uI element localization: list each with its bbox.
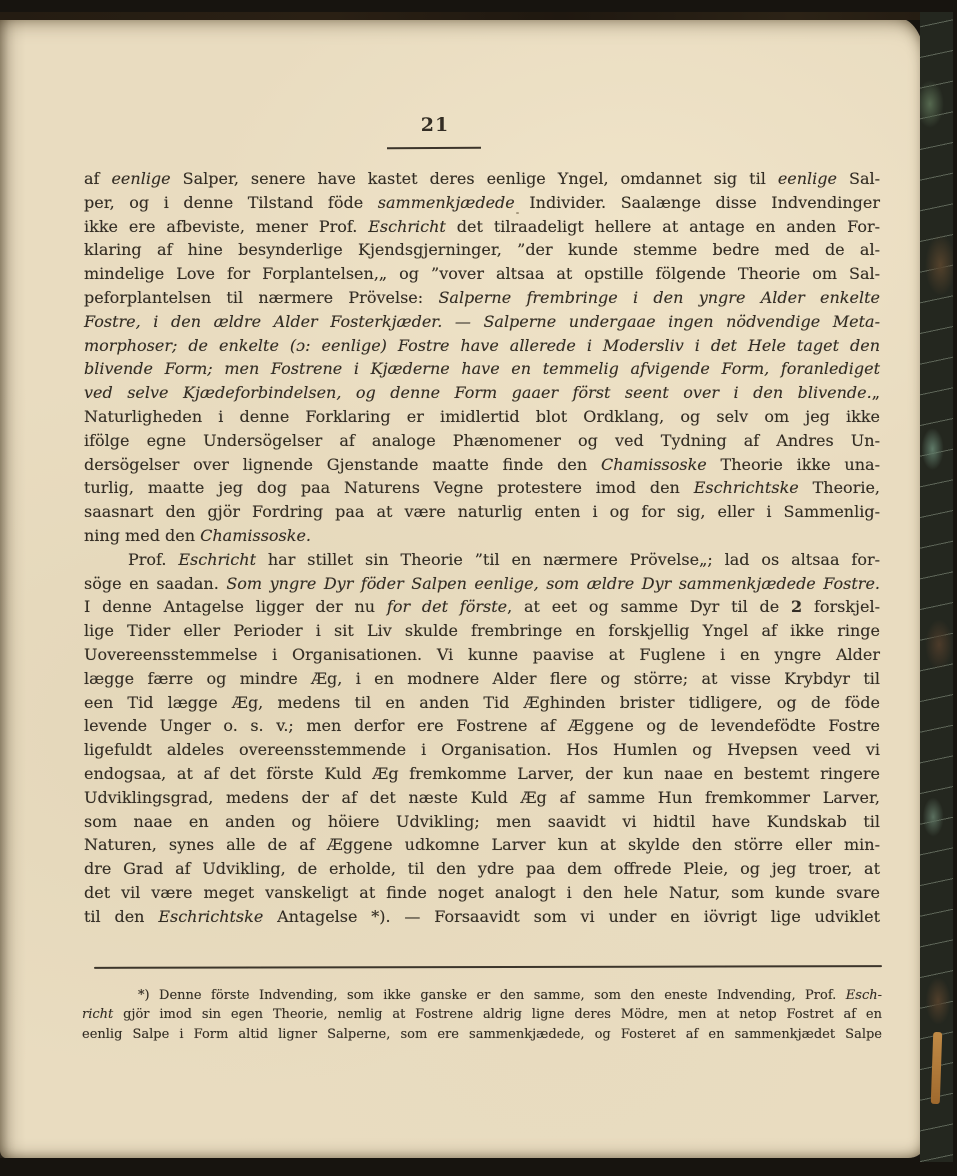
text-line: lægge færre og mindre Æg, i en modnere A… — [84, 667, 880, 691]
text-line: dersögelser over lignende Gjenstande maa… — [84, 453, 880, 477]
text-line: ikke ere afbeviste, mener Prof. Eschrich… — [84, 215, 880, 239]
text-line: ifölge egne Undersögelser af analoge Phæ… — [84, 429, 880, 453]
text-line: mindelige Love for Forplantelsen,„ og ”v… — [84, 262, 880, 286]
text-line: endogsaa, at af det förste Kuld Æg fremk… — [84, 762, 880, 786]
text-line: saasnart den gjör Fordring paa at være n… — [84, 500, 880, 524]
text-line: een Tid lægge Æg, medens til en anden Ti… — [84, 691, 880, 715]
page-number: 21 — [380, 114, 490, 136]
paper-speck — [516, 212, 519, 214]
text-line: Naturen, synes alle de af Æggene udkomne… — [84, 833, 880, 857]
text-line: *) Denne förste Indvending, som ikke gan… — [82, 986, 882, 1005]
text-line: til den Eschrichtske Antagelse *). — For… — [84, 905, 880, 929]
text-line: levende Unger o. s. v.; men derfor ere F… — [84, 714, 880, 738]
footnote-rule — [94, 965, 882, 969]
footnote-text: *) Denne förste Indvending, som ikke gan… — [82, 986, 882, 1044]
text-line: af eenlige Salper, senere have kastet de… — [84, 167, 880, 191]
text-line: Uovereensstemmelse i Organisationen. Vi … — [84, 643, 880, 667]
text-line: söge en saadan. Som yngre Dyr föder Salp… — [84, 572, 880, 596]
text-line: Udviklingsgrad, medens der af det næste … — [84, 786, 880, 810]
text-line: blivende Form; men Fostrene i Kjæderne h… — [84, 357, 880, 381]
book-photo: 21 af eenlige Salper, senere have kastet… — [0, 0, 957, 1176]
text-line: eenlig Salpe i Form altid ligner Salpern… — [82, 1025, 882, 1044]
text-line: peforplantelsen til nærmere Prövelse: Sa… — [84, 286, 880, 310]
text-line: lige Tider eller Perioder i sit Liv skul… — [84, 619, 880, 643]
text-line: klaring af hine besynderlige Kjendsgjern… — [84, 238, 880, 262]
text-line: dre Grad af Udvikling, de erholde, til d… — [84, 857, 880, 881]
text-line: turlig, maatte jeg dog paa Naturens Vegn… — [84, 476, 880, 500]
text-line: richt gjör imod sin egen Theorie, nemlig… — [82, 1005, 882, 1024]
text-line: ning med den Chamissoske. — [84, 524, 880, 548]
text-line: I denne Antagelse ligger der nu for det … — [84, 595, 880, 619]
text-line: ligefuldt aldeles overeensstemmende i Or… — [84, 738, 880, 762]
text-line: morphoser; de enkelte (ɔ: eenlige) Fostr… — [84, 334, 880, 358]
text-line: som naae en anden og höiere Udvikling; m… — [84, 810, 880, 834]
page-number-rule — [387, 147, 481, 149]
text-line: det vil være meget vanskeligt at finde n… — [84, 881, 880, 905]
text-line: per, og i denne Tilstand föde sammenkjæd… — [84, 191, 880, 215]
text-line: Fostre, i den ældre Alder Fosterkjæder. … — [84, 310, 880, 334]
text-line: ved selve Kjædeforbindelsen, og denne Fo… — [84, 381, 880, 405]
text-line: Prof. Eschricht har stillet sin Theorie … — [84, 548, 880, 572]
body-text: af eenlige Salper, senere have kastet de… — [84, 167, 880, 929]
page-content: 21 af eenlige Salper, senere have kastet… — [0, 0, 957, 1176]
text-line: Naturligheden i denne Forklaring er imid… — [84, 405, 880, 429]
paper-speck — [537, 893, 540, 896]
